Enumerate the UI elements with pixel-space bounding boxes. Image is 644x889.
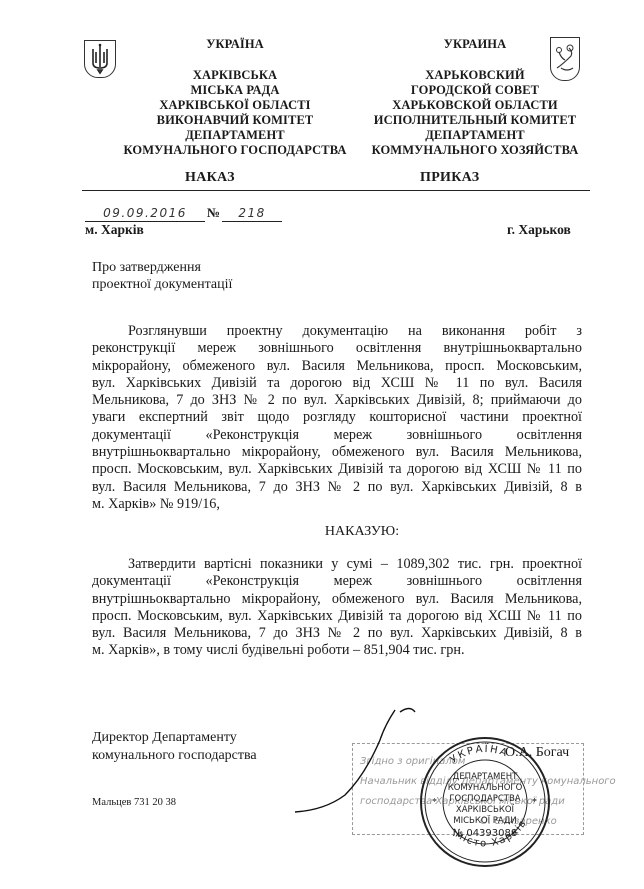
- svg-text:КОМУНАЛЬНОГО: КОМУНАЛЬНОГО: [448, 783, 523, 793]
- text-line: вул. Василя Мельникова, 7 до ЗНЗ № 2 по …: [92, 625, 582, 642]
- subject-line: Про затвердження: [92, 259, 232, 276]
- svg-text:УКРАЇНА: УКРАЇНА: [448, 742, 510, 766]
- handwritten-signature-icon: [285, 700, 425, 820]
- header-left: УКРАЇНА ХАРКІВСЬКА МІСЬКА РАДА ХАРКІВСЬК…: [120, 37, 350, 158]
- svg-text:№ 04393088: № 04393088: [453, 828, 517, 839]
- order-subject: Про затвердження проектної документації: [92, 259, 232, 293]
- org-line: ХАРКІВСЬКОЇ ОБЛАСТІ: [120, 98, 350, 113]
- text-line: документації «Реконструкція мереж зовніш…: [92, 427, 582, 444]
- text-line: реконструкції мереж зовнішнього освітлен…: [92, 340, 582, 357]
- text-line: Мельникова, 7 до ЗНЗ № 2 по вул. Харківс…: [92, 392, 582, 409]
- svg-text:*: *: [532, 797, 537, 808]
- text-line: Розглянувши проектну документацію на вик…: [92, 323, 582, 340]
- order-verb: НАКАЗУЮ:: [0, 524, 644, 540]
- text-line: внутрішньоквартально мікрорайону, обмеже…: [92, 591, 582, 608]
- org-line: ИСПОЛНИТЕЛЬНЫЙ КОМИТЕТ: [360, 113, 590, 128]
- city-ru: г. Харьков: [507, 222, 571, 238]
- doc-type-ru: ПРИКАЗ: [420, 170, 479, 186]
- text-line: просп. Московським, вул. Харківських Див…: [92, 608, 582, 625]
- signer-position-line: комунального господарства: [92, 747, 257, 765]
- org-line: ГОРОДСКОЙ СОВЕТ: [360, 83, 590, 98]
- country-name-ua: УКРАЇНА: [120, 37, 350, 52]
- order-number: 218: [222, 206, 282, 222]
- subject-line: проектної документації: [92, 276, 232, 293]
- trident-emblem-icon: [84, 40, 116, 78]
- number-label: №: [207, 205, 220, 220]
- org-line: КОММУНАЛЬНОГО ХОЗЯЙСТВА: [360, 143, 590, 158]
- preamble-paragraph: Розглянувши проектну документацію на вик…: [92, 323, 582, 513]
- org-line: ХАРКІВСЬКА: [120, 68, 350, 83]
- svg-text:ГОСПОДАРСТВА: ГОСПОДАРСТВА: [449, 794, 520, 804]
- text-line: внутрішньоквартально мікрорайону, обмеже…: [92, 444, 582, 461]
- svg-text:*: *: [432, 797, 437, 808]
- org-line: ДЕПАРТАМЕНТ: [360, 128, 590, 143]
- text-line: м. Харків», в тому числі будівельні робо…: [92, 642, 582, 659]
- text-line: вул. Харківських Дивізій та дорогою від …: [92, 375, 582, 392]
- org-line: ВИКОНАВЧИЙ КОМІТЕТ: [120, 113, 350, 128]
- text-line: мікрорайону, обмеженого вул. Василя Мель…: [92, 358, 582, 375]
- order-date: 09.09.2016: [85, 206, 205, 222]
- org-line: ДЕПАРТАМЕНТ: [120, 128, 350, 143]
- signer-position-line: Директор Департаменту: [92, 729, 257, 747]
- registration-line: 09.09.2016№218: [85, 205, 282, 222]
- official-seal-icon: УКРАЇНА місто Харків ДЕПАРТАМЕНТ КОМУНАЛ…: [418, 735, 552, 869]
- text-line: Затвердити вартісні показники у сумі – 1…: [92, 556, 582, 573]
- org-line: МІСЬКА РАДА: [120, 83, 350, 98]
- org-line: КОМУНАЛЬНОГО ГОСПОДАРСТВА: [120, 143, 350, 158]
- org-line: ХАРЬКОВСКОЙ ОБЛАСТИ: [360, 98, 590, 113]
- city-ua: м. Харків: [85, 222, 144, 238]
- svg-text:ДЕПАРТАМЕНТ: ДЕПАРТАМЕНТ: [453, 772, 518, 782]
- doc-type-ua: НАКАЗ: [185, 170, 235, 186]
- text-line: м. Харків» № 919/16,: [92, 496, 582, 513]
- signer-position: Директор Департаменту комунального госпо…: [92, 729, 257, 765]
- header-divider: [82, 190, 590, 191]
- text-line: документації «Реконструкція мереж зовніш…: [92, 573, 582, 590]
- svg-text:МІСЬКОЇ РАДИ: МІСЬКОЇ РАДИ: [453, 815, 516, 826]
- text-line: уваги експертний звіт щодо розгляду кошт…: [92, 409, 582, 426]
- decision-paragraph: Затвердити вартісні показники у сумі – 1…: [92, 556, 582, 660]
- text-line: вул. Василя Мельникова, 7 до ЗНЗ № 2 по …: [92, 479, 582, 496]
- svg-text:ХАРКІВСЬКОЇ: ХАРКІВСЬКОЇ: [456, 804, 515, 815]
- text-line: просп. Московським, вул. Харківських Див…: [92, 461, 582, 478]
- executor-contact: Мальцев 731 20 38: [92, 797, 176, 808]
- kharkiv-coat-of-arms-icon: [550, 37, 580, 81]
